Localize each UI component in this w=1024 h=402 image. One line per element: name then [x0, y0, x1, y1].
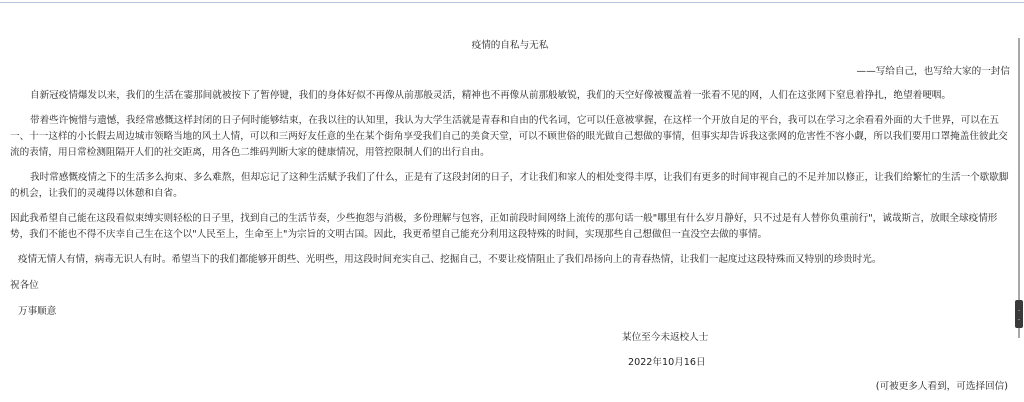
scrollbar-track[interactable] — [1018, 38, 1020, 338]
scrollbar-thumb[interactable] — [1015, 300, 1023, 328]
top-border-line — [0, 2, 1024, 3]
paragraph-3: 我时常感慨疫情之下的生活多么拘束、多么难熬，但却忘记了这种生活赋予我们了什么，正… — [10, 170, 1010, 202]
document-subtitle: ——写给自己，也写给大家的一封信 — [857, 64, 1011, 80]
paragraph-1: 自新冠疫情爆发以来，我们的生活在霎那间就被按下了暂停键，我们的身体好似不再像从前… — [10, 88, 1010, 104]
closing-wish: 万事顺意 — [18, 304, 56, 320]
paragraph-2: 带着些许惋惜与遗憾，我经常感慨这样封闭的日子何时能够结束，在我以往的认知里，我认… — [10, 113, 1010, 161]
closing-greeting: 祝各位 — [10, 278, 39, 294]
paragraph-4: 因此我希望自己能在这段看似束缚实则轻松的日子里，找到自己的生活节奏，少些抱怨与消… — [10, 211, 1010, 243]
document-title: 疫情的自私与无私 — [10, 38, 1010, 54]
signature: 某位至今未返校人士 — [622, 330, 708, 346]
paragraph-5: 疫情无情人有情，病毒无识人有时。希望当下的我们都能够开朗些、光明些，用这段时间充… — [10, 252, 1010, 268]
footnote: (可被更多人看到，可选择回信) — [876, 379, 1008, 395]
signature-date: 2022年10月16日 — [628, 355, 706, 371]
